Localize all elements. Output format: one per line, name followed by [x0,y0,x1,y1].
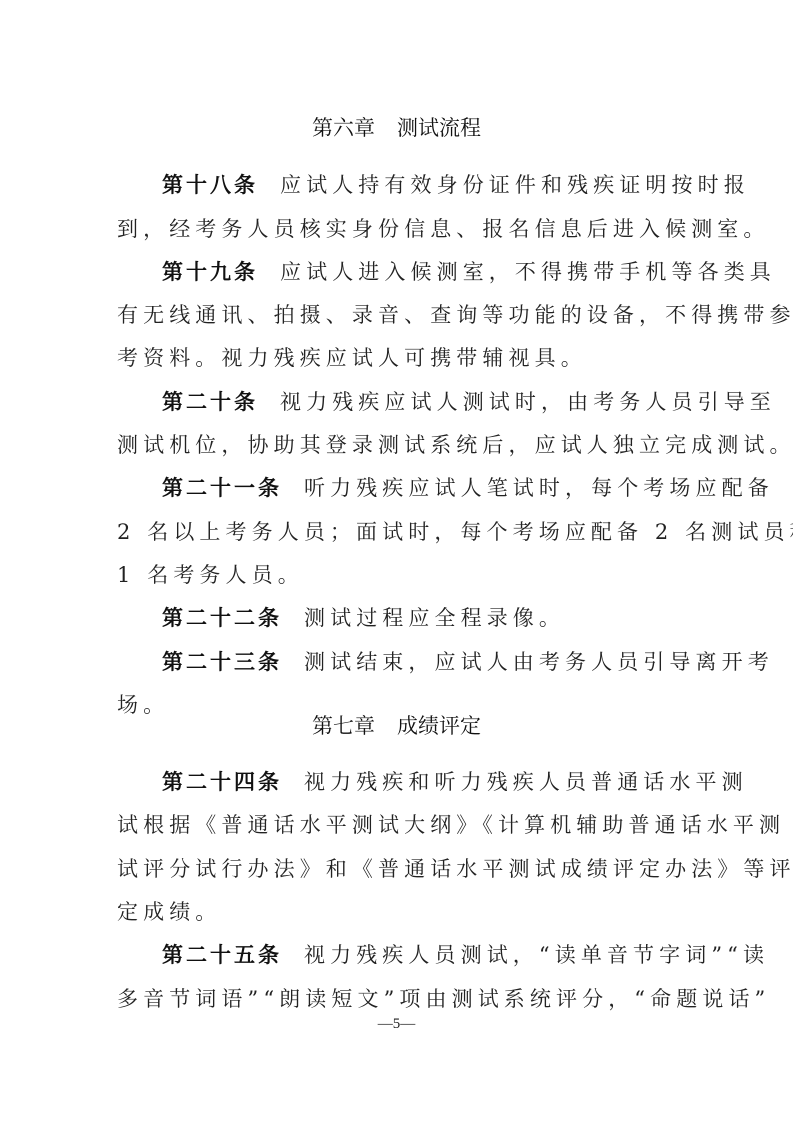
article-number: 第二十四条 [162,770,282,794]
chapter-6-heading: 第六章测试流程 [0,112,793,142]
article-24-line-3: 试评分试行办法》和《普通话水平测试成绩评定办法》等评 [117,855,677,883]
article-23-line-1: 第二十三条测试结束，应试人由考务人员引导离开考 [162,648,722,676]
article-20-line-1: 第二十条视力残疾应试人测试时，由考务人员引导至 [162,388,722,416]
article-number: 第十八条 [162,173,258,197]
article-18-line-1: 第十八条应试人持有效身份证件和残疾证明按时报 [162,171,722,199]
chapter-title: 成绩评定 [397,714,481,738]
page-number: —5— [0,1016,793,1033]
article-number: 第二十五条 [162,943,282,967]
article-number: 第十九条 [162,260,258,284]
document-page: 第六章测试流程 第十八条应试人持有效身份证件和残疾证明按时报 到，经考务人员核实… [0,0,793,1122]
article-text: 应试人进入候测室，不得携带手机等各类具 [280,260,776,284]
article-24-line-2: 试根据《普通话水平测试大纲》《计算机辅助普通话水平测 [117,811,677,839]
article-text: 测试过程应全程录像。 [304,606,565,630]
chapter-label: 第七章 [312,714,375,738]
article-21-line-2: 2 名以上考务人员；面试时，每个考场应配备 2 名测试员和 [117,518,677,546]
article-text: 视力残疾和听力残疾人员普通话水平测 [304,770,748,794]
article-24-line-1: 第二十四条视力残疾和听力残疾人员普通话水平测 [162,768,722,796]
article-19-line-2: 有无线通讯、拍摄、录音、查询等功能的设备，不得携带参 [117,301,677,329]
article-text: 应试人持有效身份证件和残疾证明按时报 [280,173,750,197]
chapter-title: 测试流程 [397,116,481,140]
article-25-line-1: 第二十五条视力残疾人员测试，“读单音节字词”“读 [162,941,722,969]
article-19-line-1: 第十九条应试人进入候测室，不得携带手机等各类具 [162,258,722,286]
article-19-line-3: 考资料。视力残疾应试人可携带辅视具。 [117,344,677,372]
article-text: 听力残疾应试人笔试时，每个考场应配备 [304,476,774,500]
article-number: 第二十一条 [162,476,282,500]
chapter-label: 第六章 [312,116,375,140]
article-25-line-2: 多音节词语”“朗读短文”项由测试系统评分，“命题说话” [117,985,677,1013]
chapter-7-heading: 第七章成绩评定 [0,710,793,740]
article-18-line-2: 到，经考务人员核实身份信息、报名信息后进入候测室。 [117,215,677,243]
article-24-line-4: 定成绩。 [117,898,677,926]
article-number: 第二十三条 [162,650,282,674]
article-22-line-1: 第二十二条测试过程应全程录像。 [162,604,722,632]
article-text: 视力残疾应试人测试时，由考务人员引导至 [280,390,776,414]
article-21-line-3: 1 名考务人员。 [117,561,677,589]
article-20-line-2: 测试机位，协助其登录测试系统后，应试人独立完成测试。 [117,431,677,459]
article-number: 第二十二条 [162,606,282,630]
article-21-line-1: 第二十一条听力残疾应试人笔试时，每个考场应配备 [162,474,722,502]
article-number: 第二十条 [162,390,258,414]
article-text: 测试结束，应试人由考务人员引导离开考 [304,650,774,674]
article-text: 视力残疾人员测试，“读单音节字词”“读 [304,943,769,967]
